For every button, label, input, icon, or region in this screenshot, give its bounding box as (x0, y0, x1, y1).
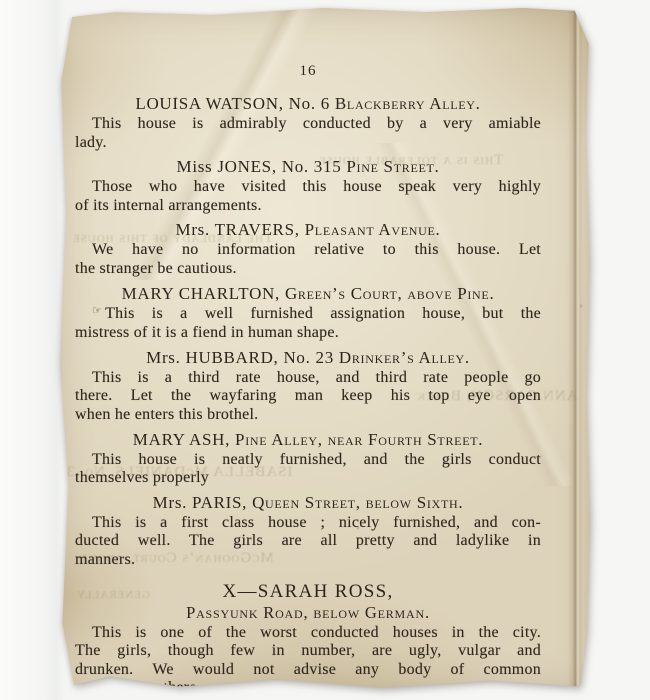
paragraph-line: lady. (75, 134, 541, 153)
entry: LOUISA WATSON, No. 6 Blackberry Alley.Th… (75, 94, 541, 152)
entry-paragraph: This is one of the worst conducted house… (75, 624, 541, 698)
heading-segment: Pine Street. (346, 157, 439, 176)
heading-segment: Pine Alley, near Fourth Street. (235, 430, 483, 449)
heading-segment: Miss JONES, No. 315 (177, 157, 347, 176)
entry-heading: MARY ASH, Pine Alley, near Fourth Street… (75, 430, 541, 449)
paragraph-line: drunken. We would not advise any body of… (75, 661, 541, 680)
entry-heading: X—SARAH ROSS, (75, 582, 541, 601)
paragraph-line: We have no information relative to this … (75, 241, 541, 260)
paragraph-line: This house is neatly furnished, and the … (75, 451, 541, 470)
entry: Mrs. TRAVERS, Pleasant Avenue.We have no… (75, 220, 541, 278)
paragraph-line: This is one of the worst conducted house… (75, 624, 541, 643)
entry: Mrs. PARIS, Queen Street, below Sixth.Th… (75, 493, 541, 570)
entry-heading: Miss JONES, No. 315 Pine Street. (75, 157, 541, 176)
paragraph-line: there. Let the wayfaring man keep his to… (75, 387, 541, 406)
paragraph-line: mistress of it is a fiend in human shape… (75, 324, 541, 343)
entry-subheading: Passyunk Road, below German. (75, 603, 541, 622)
paragraph-line: manners. (75, 551, 541, 570)
heading-segment: MARY ASH, (133, 430, 235, 449)
scanned-page: This is a tolerable houseThe landlady of… (56, 6, 593, 692)
entry: MARY ASH, Pine Alley, near Fourth Street… (75, 430, 541, 488)
entry-heading: Mrs. TRAVERS, Pleasant Avenue. (75, 220, 541, 239)
paper-sheet: This is a tolerable houseThe landlady of… (56, 6, 593, 692)
paragraph-line: This is a first class house ; nicely fur… (75, 514, 541, 533)
paragraph-line: The girls, though few in number, are ugl… (75, 642, 541, 661)
paragraph-line: themselves properly (75, 469, 541, 488)
heading-segment: Queen Street, below Sixth. (252, 493, 463, 512)
heading-segment: Blackberry Alley. (335, 94, 481, 113)
paragraph-line: sense to stay there. (75, 679, 541, 698)
paragraph-line: ☞This is a well furnished assignation ho… (75, 305, 541, 325)
paragraph-line: of its internal arrangements. (75, 197, 541, 216)
entry-heading: Mrs. HUBBARD, No. 23 Drinker’s Alley. (75, 348, 541, 367)
entry-heading: MARY CHARLTON, Green’s Court, above Pine… (75, 284, 541, 303)
entry-list: LOUISA WATSON, No. 6 Blackberry Alley.Th… (75, 94, 541, 698)
heading-segment: Mrs. PARIS, (153, 493, 252, 512)
page-number: 16 (75, 6, 541, 80)
entry: MARY CHARLTON, Green’s Court, above Pine… (75, 284, 541, 343)
heading-segment: Drinker’s Alley. (339, 348, 470, 367)
manicule-icon: ☞ (92, 302, 102, 321)
entry-paragraph: This house is admirably conducted by a v… (75, 115, 541, 152)
heading-segment: Mrs. TRAVERS, (176, 220, 305, 239)
entry: Miss JONES, No. 315 Pine Street.Those wh… (75, 157, 541, 215)
paragraph-line: Those who have visited this house speak … (75, 178, 541, 197)
heading-segment: LOUISA WATSON, No. 6 (135, 94, 335, 113)
entry-heading: Mrs. PARIS, Queen Street, below Sixth. (75, 493, 541, 512)
paragraph-line: This house is admirably conducted by a v… (75, 115, 541, 134)
entry-paragraph: We have no information relative to this … (75, 241, 541, 278)
paragraph-line: when he enters this brothel. (75, 406, 541, 425)
heading-segment: Pleasant Avenue. (305, 220, 441, 239)
page-content: 16 LOUISA WATSON, No. 6 Blackberry Alley… (75, 6, 541, 699)
heading-segment: Green’s Court, above Pine. (285, 284, 494, 303)
entry: Mrs. HUBBARD, No. 23 Drinker’s Alley.Thi… (75, 348, 541, 425)
entry-paragraph: Those who have visited this house speak … (75, 178, 541, 215)
entry-paragraph: This house is neatly furnished, and the … (75, 451, 541, 488)
binding-fold (568, 6, 582, 692)
heading-segment: MARY CHARLTON, (122, 284, 285, 303)
heading-segment: Mrs. HUBBARD, No. 23 (146, 348, 339, 367)
heading-segment: X—SARAH ROSS, (222, 581, 393, 602)
entry: X—SARAH ROSS,Passyunk Road, below German… (75, 582, 541, 698)
entry-paragraph: ☞This is a well furnished assignation ho… (75, 305, 541, 343)
paragraph-line: This is a third rate house, and third ra… (75, 369, 541, 388)
entry-heading: LOUISA WATSON, No. 6 Blackberry Alley. (75, 94, 541, 113)
paragraph-line: ducted well. The girls are all pretty an… (75, 532, 541, 551)
paragraph-line: the stranger be cautious. (75, 260, 541, 279)
entry-paragraph: This is a third rate house, and third ra… (75, 369, 541, 425)
entry-paragraph: This is a first class house ; nicely fur… (75, 514, 541, 570)
